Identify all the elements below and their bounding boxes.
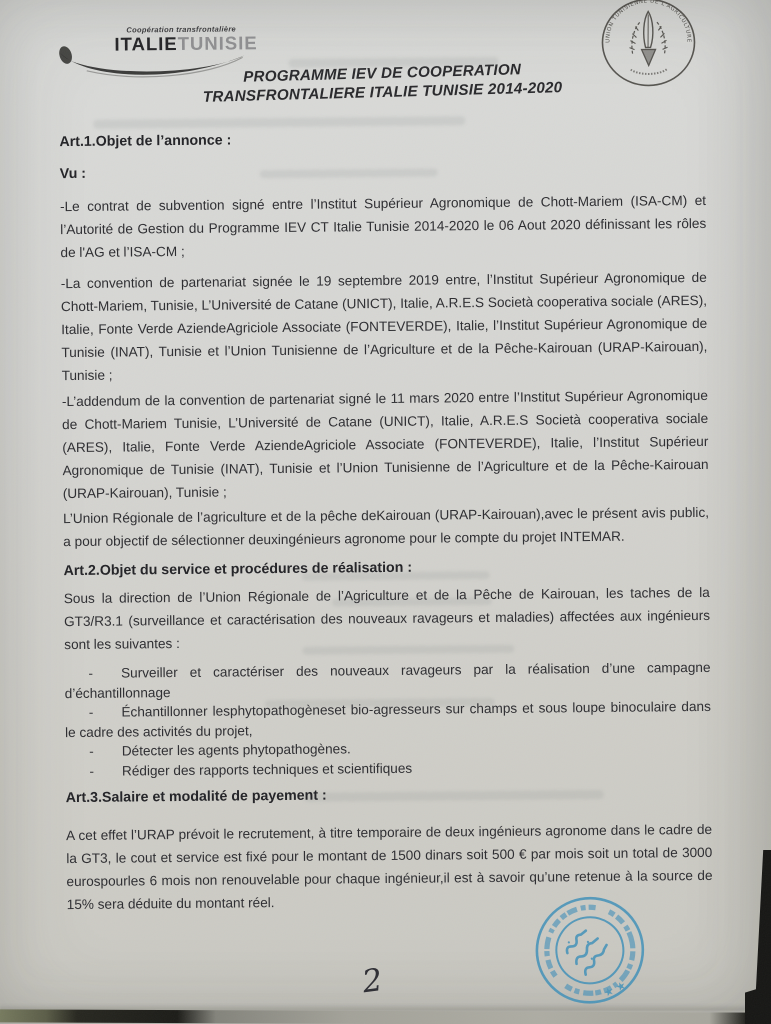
article3-heading: Art.3.Salaire et modalité de payement : (66, 781, 712, 809)
scanned-page: Coopération transfrontalière ITALIETUNIS… (0, 0, 771, 1024)
urap-kairouan-stamp-icon: ★ ★ الاتحاد التونسي للفلاحة والصيد البحر… (515, 880, 667, 1024)
handwritten-page-number: 2 (360, 962, 384, 1000)
paragraph-convention: -La convention de partenariat signée le … (61, 266, 708, 387)
article1-heading: Art.1.Objet de l’annonce : (59, 125, 705, 153)
bullet-dash: - (89, 761, 94, 781)
bullet-dash: - (89, 742, 94, 762)
scanner-background-strip (0, 1009, 771, 1024)
logo-wordmark-italie: ITALIE (114, 33, 177, 55)
logo-wordmark-tunisie: TUNISIE (178, 32, 258, 54)
seal-ring-text: UNION TUNISIENNE DE L'AGRICULTURE ET DE … (592, 0, 691, 44)
bullet-dash: - (88, 664, 93, 684)
list-item: -Surveiller et caractériser des nouveaux… (64, 658, 710, 703)
svg-text:UNION TUNISIENNE DE L'AGRICULT: UNION TUNISIENNE DE L'AGRICULTURE ET DE … (592, 0, 691, 44)
list-item-text: Rédiger des rapports techniques et scien… (122, 760, 412, 778)
bullet-dash: - (89, 703, 94, 723)
document-body: Art.1.Objet de l’annonce : Vu : -Le cont… (59, 125, 713, 916)
article2-intro: Sous la direction de l’Union Régionale d… (64, 581, 711, 656)
paragraph-addendum: -L’addendum de la convention de partenar… (62, 384, 709, 505)
article2-heading: Art.2.Objet du service et procédures de … (63, 554, 709, 582)
logo-wordmark: ITALIETUNISIE (114, 32, 257, 55)
paragraph-objectif: L’Union Régionale de l’agriculture et de… (63, 501, 709, 553)
page-sheet: Coopération transfrontalière ITALIETUNIS… (0, 0, 771, 1024)
vu-label: Vu : (60, 157, 706, 185)
list-item-text: Surveiller et caractériser des nouveaux … (65, 660, 711, 701)
list-item-text: Détecter les agents phytopathogènes. (122, 741, 351, 758)
list-item: -Échantillonner lesphytopathogèneset bio… (65, 697, 711, 742)
paragraph-contrat: -Le contrat de subvention signé entre l’… (60, 189, 707, 264)
list-item-text: Échantillonner lesphytopathogèneset bio-… (65, 699, 711, 740)
task-list: -Surveiller et caractériser des nouveaux… (64, 658, 711, 781)
